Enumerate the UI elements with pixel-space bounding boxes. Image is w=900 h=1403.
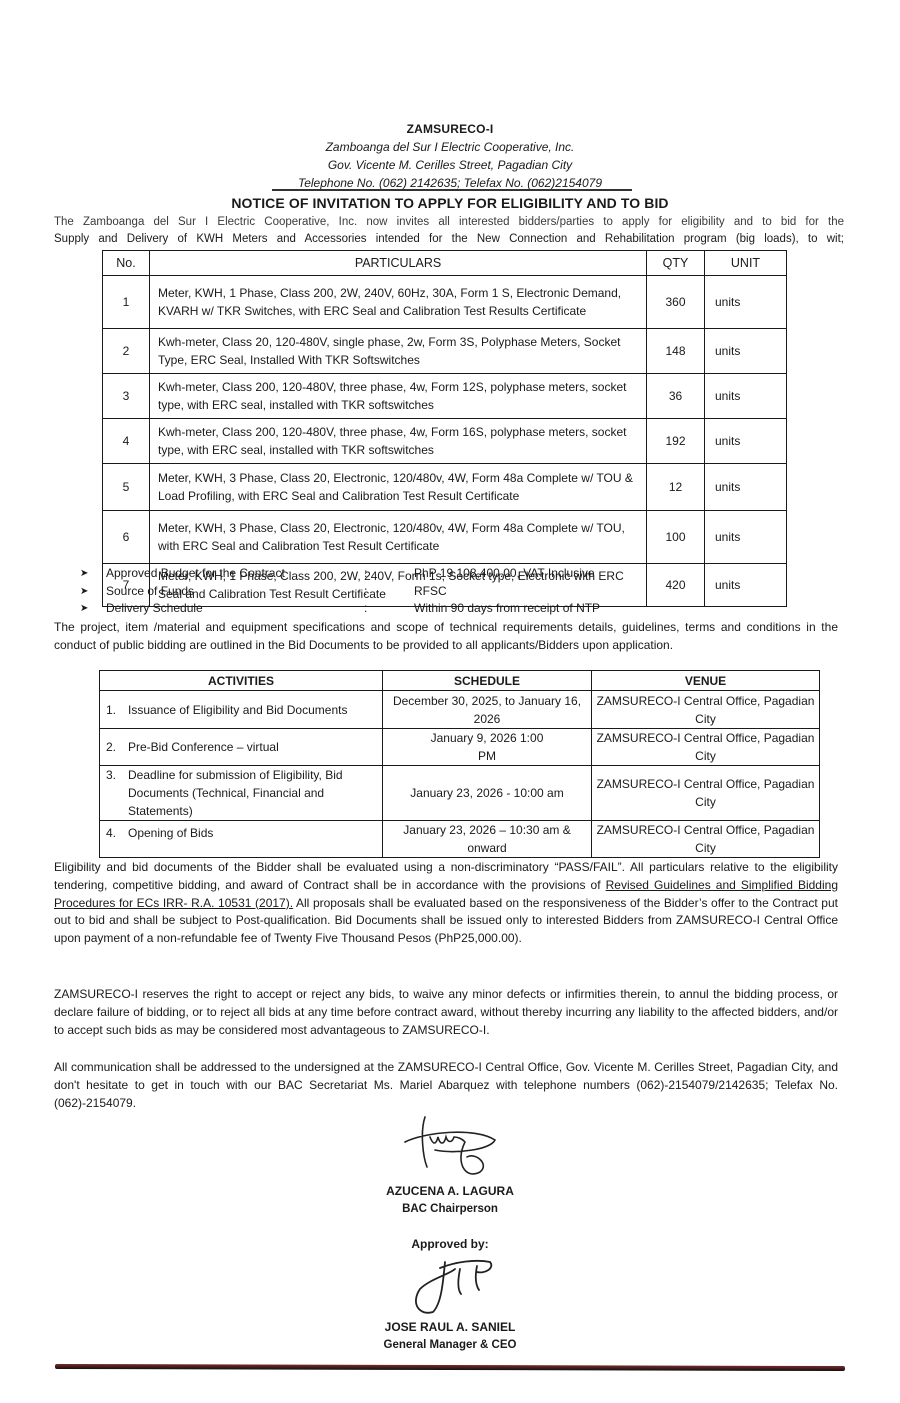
venue-cell: ZAMSURECO-I Central Office, Pagadian Cit… [592, 729, 820, 766]
col-qty: QTY [647, 251, 705, 276]
contract-terms: ➤ Approved Budget for the Contract : PhP… [80, 565, 780, 618]
activity-text: Issuance of Eligibility and Bid Document… [128, 701, 368, 719]
item-particulars: Kwh-meter, Class 20, 120-480V, single ph… [150, 329, 647, 374]
signatory-role: BAC Chairperson [0, 1200, 900, 1218]
letterhead: ZAMSURECO-I Zamboanga del Sur I Electric… [0, 120, 900, 192]
term-delivery-schedule: ➤ Delivery Schedule : Within 90 days fro… [80, 600, 780, 618]
org-full-name: Zamboanga del Sur I Electric Cooperative… [0, 138, 900, 156]
item-particulars: Meter, KWH, 3 Phase, Class 20, Electroni… [150, 511, 647, 564]
table-row: 4.Opening of Bids January 23, 2026 – 10:… [100, 821, 820, 858]
col-schedule: SCHEDULE [383, 671, 592, 691]
item-unit: units [705, 511, 787, 564]
activity-cell: 4.Opening of Bids [100, 821, 383, 858]
activity-number: 4. [106, 824, 128, 842]
approved-by-label: Approved by: [0, 1237, 900, 1251]
term-colon: : [364, 565, 414, 583]
org-name: ZAMSURECO-I [0, 120, 900, 138]
signatory-role: General Manager & CEO [0, 1336, 900, 1354]
schedule-text: January 9, 2026 1:00 PM [427, 729, 547, 765]
schedule-table-header: ACTIVITIES SCHEDULE VENUE [100, 671, 820, 691]
table-row: 1.Issuance of Eligibility and Bid Docume… [100, 691, 820, 729]
schedule-cell: January 23, 2026 – 10:30 am & onward [383, 821, 592, 858]
col-unit: UNIT [705, 251, 787, 276]
document-page: ZAMSURECO-I Zamboanga del Sur I Electric… [0, 0, 900, 1403]
intro-line-2: Supply and Delivery of KWH Meters and Ac… [54, 231, 844, 248]
table-row: 1 Meter, KWH, 1 Phase, Class 200, 2W, 24… [103, 276, 787, 329]
item-no: 4 [103, 419, 150, 464]
item-unit: units [705, 276, 787, 329]
term-colon: : [364, 583, 414, 601]
item-particulars: Kwh-meter, Class 200, 120-480V, three ph… [150, 419, 647, 464]
item-qty: 12 [647, 464, 705, 511]
document-title: NOTICE OF INVITATION TO APPLY FOR ELIGIB… [0, 194, 900, 212]
item-unit: units [705, 374, 787, 419]
item-particulars: Kwh-meter, Class 200, 120-480V, three ph… [150, 374, 647, 419]
activity-text: Deadline for submission of Eligibility, … [128, 766, 368, 820]
intro-paragraph: The Zamboanga del Sur I Electric Coopera… [54, 214, 844, 248]
col-no: No. [103, 251, 150, 276]
venue-cell: ZAMSURECO-I Central Office, Pagadian Cit… [592, 691, 820, 729]
intro-line-1: The Zamboanga del Sur I Electric Coopera… [54, 214, 844, 231]
arrow-bullet-icon: ➤ [80, 583, 106, 601]
table-row: 5 Meter, KWH, 3 Phase, Class 20, Electro… [103, 464, 787, 511]
items-table-header: No. PARTICULARS QTY UNIT [103, 251, 787, 276]
items-table: No. PARTICULARS QTY UNIT 1 Meter, KWH, 1… [102, 250, 787, 607]
term-value: RFSC [414, 583, 447, 601]
activity-text: Opening of Bids [128, 824, 368, 842]
table-row: 3 Kwh-meter, Class 200, 120-480V, three … [103, 374, 787, 419]
schedule-cell: December 30, 2025, to January 16, 2026 [383, 691, 592, 729]
venue-cell: ZAMSURECO-I Central Office, Pagadian Cit… [592, 766, 820, 821]
arrow-bullet-icon: ➤ [80, 600, 106, 618]
activity-number: 1. [106, 701, 128, 719]
item-qty: 100 [647, 511, 705, 564]
term-abc: ➤ Approved Budget for the Contract : PhP… [80, 565, 780, 583]
term-label: Approved Budget for the Contract [106, 565, 364, 583]
term-source-of-funds: ➤ Source of Funds : RFSC [80, 583, 780, 601]
item-qty: 148 [647, 329, 705, 374]
col-activities: ACTIVITIES [100, 671, 383, 691]
item-particulars: Meter, KWH, 3 Phase, Class 20, Electroni… [150, 464, 647, 511]
item-no: 3 [103, 374, 150, 419]
item-no: 5 [103, 464, 150, 511]
item-particulars: Meter, KWH, 1 Phase, Class 200, 2W, 240V… [150, 276, 647, 329]
term-label: Delivery Schedule [106, 600, 364, 618]
item-unit: units [705, 464, 787, 511]
table-row: 6 Meter, KWH, 3 Phase, Class 20, Electro… [103, 511, 787, 564]
activity-number: 2. [106, 738, 128, 756]
signature-block-bac: AZUCENA A. LAGURA BAC Chairperson [0, 1112, 900, 1218]
table-row: 2 Kwh-meter, Class 20, 120-480V, single … [103, 329, 787, 374]
signatory-name: JOSE RAUL A. SANIEL [0, 1318, 900, 1336]
signature-icon [395, 1254, 505, 1318]
org-address: Gov. Vicente M. Cerilles Street, Pagadia… [0, 156, 900, 174]
arrow-bullet-icon: ➤ [80, 565, 106, 583]
specs-paragraph: The project, item /material and equipmen… [54, 618, 838, 654]
activity-text: Pre-Bid Conference – virtual [128, 738, 368, 756]
term-label: Source of Funds [106, 583, 364, 601]
schedule-table: ACTIVITIES SCHEDULE VENUE 1.Issuance of … [99, 670, 820, 858]
schedule-cell: January 23, 2026 - 10:00 am [383, 766, 592, 821]
item-no: 1 [103, 276, 150, 329]
col-particulars: PARTICULARS [150, 251, 647, 276]
term-value: Within 90 days from receipt of NTP [414, 600, 600, 618]
evaluation-paragraph: Eligibility and bid documents of the Bid… [54, 859, 838, 948]
term-value: PhP 19,108,400.00, VAT Inclusive [414, 565, 595, 583]
signature-icon [395, 1112, 505, 1182]
activity-cell: 2.Pre-Bid Conference – virtual [100, 729, 383, 766]
col-venue: VENUE [592, 671, 820, 691]
item-unit: units [705, 419, 787, 464]
table-row: 2.Pre-Bid Conference – virtual January 9… [100, 729, 820, 766]
item-qty: 192 [647, 419, 705, 464]
item-no: 2 [103, 329, 150, 374]
signature-block-gm: JOSE RAUL A. SANIEL General Manager & CE… [0, 1254, 900, 1354]
item-qty: 36 [647, 374, 705, 419]
footer-divider [55, 1364, 845, 1371]
venue-cell: ZAMSURECO-I Central Office, Pagadian Cit… [592, 821, 820, 858]
term-colon: : [364, 600, 414, 618]
item-no: 6 [103, 511, 150, 564]
letterhead-divider [272, 189, 632, 191]
signatory-name: AZUCENA A. LAGURA [0, 1182, 900, 1200]
activity-cell: 3.Deadline for submission of Eligibility… [100, 766, 383, 821]
activity-number: 3. [106, 766, 128, 784]
item-unit: units [705, 329, 787, 374]
schedule-cell: January 9, 2026 1:00 PM [383, 729, 592, 766]
item-qty: 360 [647, 276, 705, 329]
reservation-paragraph: ZAMSURECO-I reserves the right to accept… [54, 985, 838, 1039]
table-row: 3.Deadline for submission of Eligibility… [100, 766, 820, 821]
table-row: 4 Kwh-meter, Class 200, 120-480V, three … [103, 419, 787, 464]
contact-paragraph: All communication shall be addressed to … [54, 1058, 838, 1112]
activity-cell: 1.Issuance of Eligibility and Bid Docume… [100, 691, 383, 729]
